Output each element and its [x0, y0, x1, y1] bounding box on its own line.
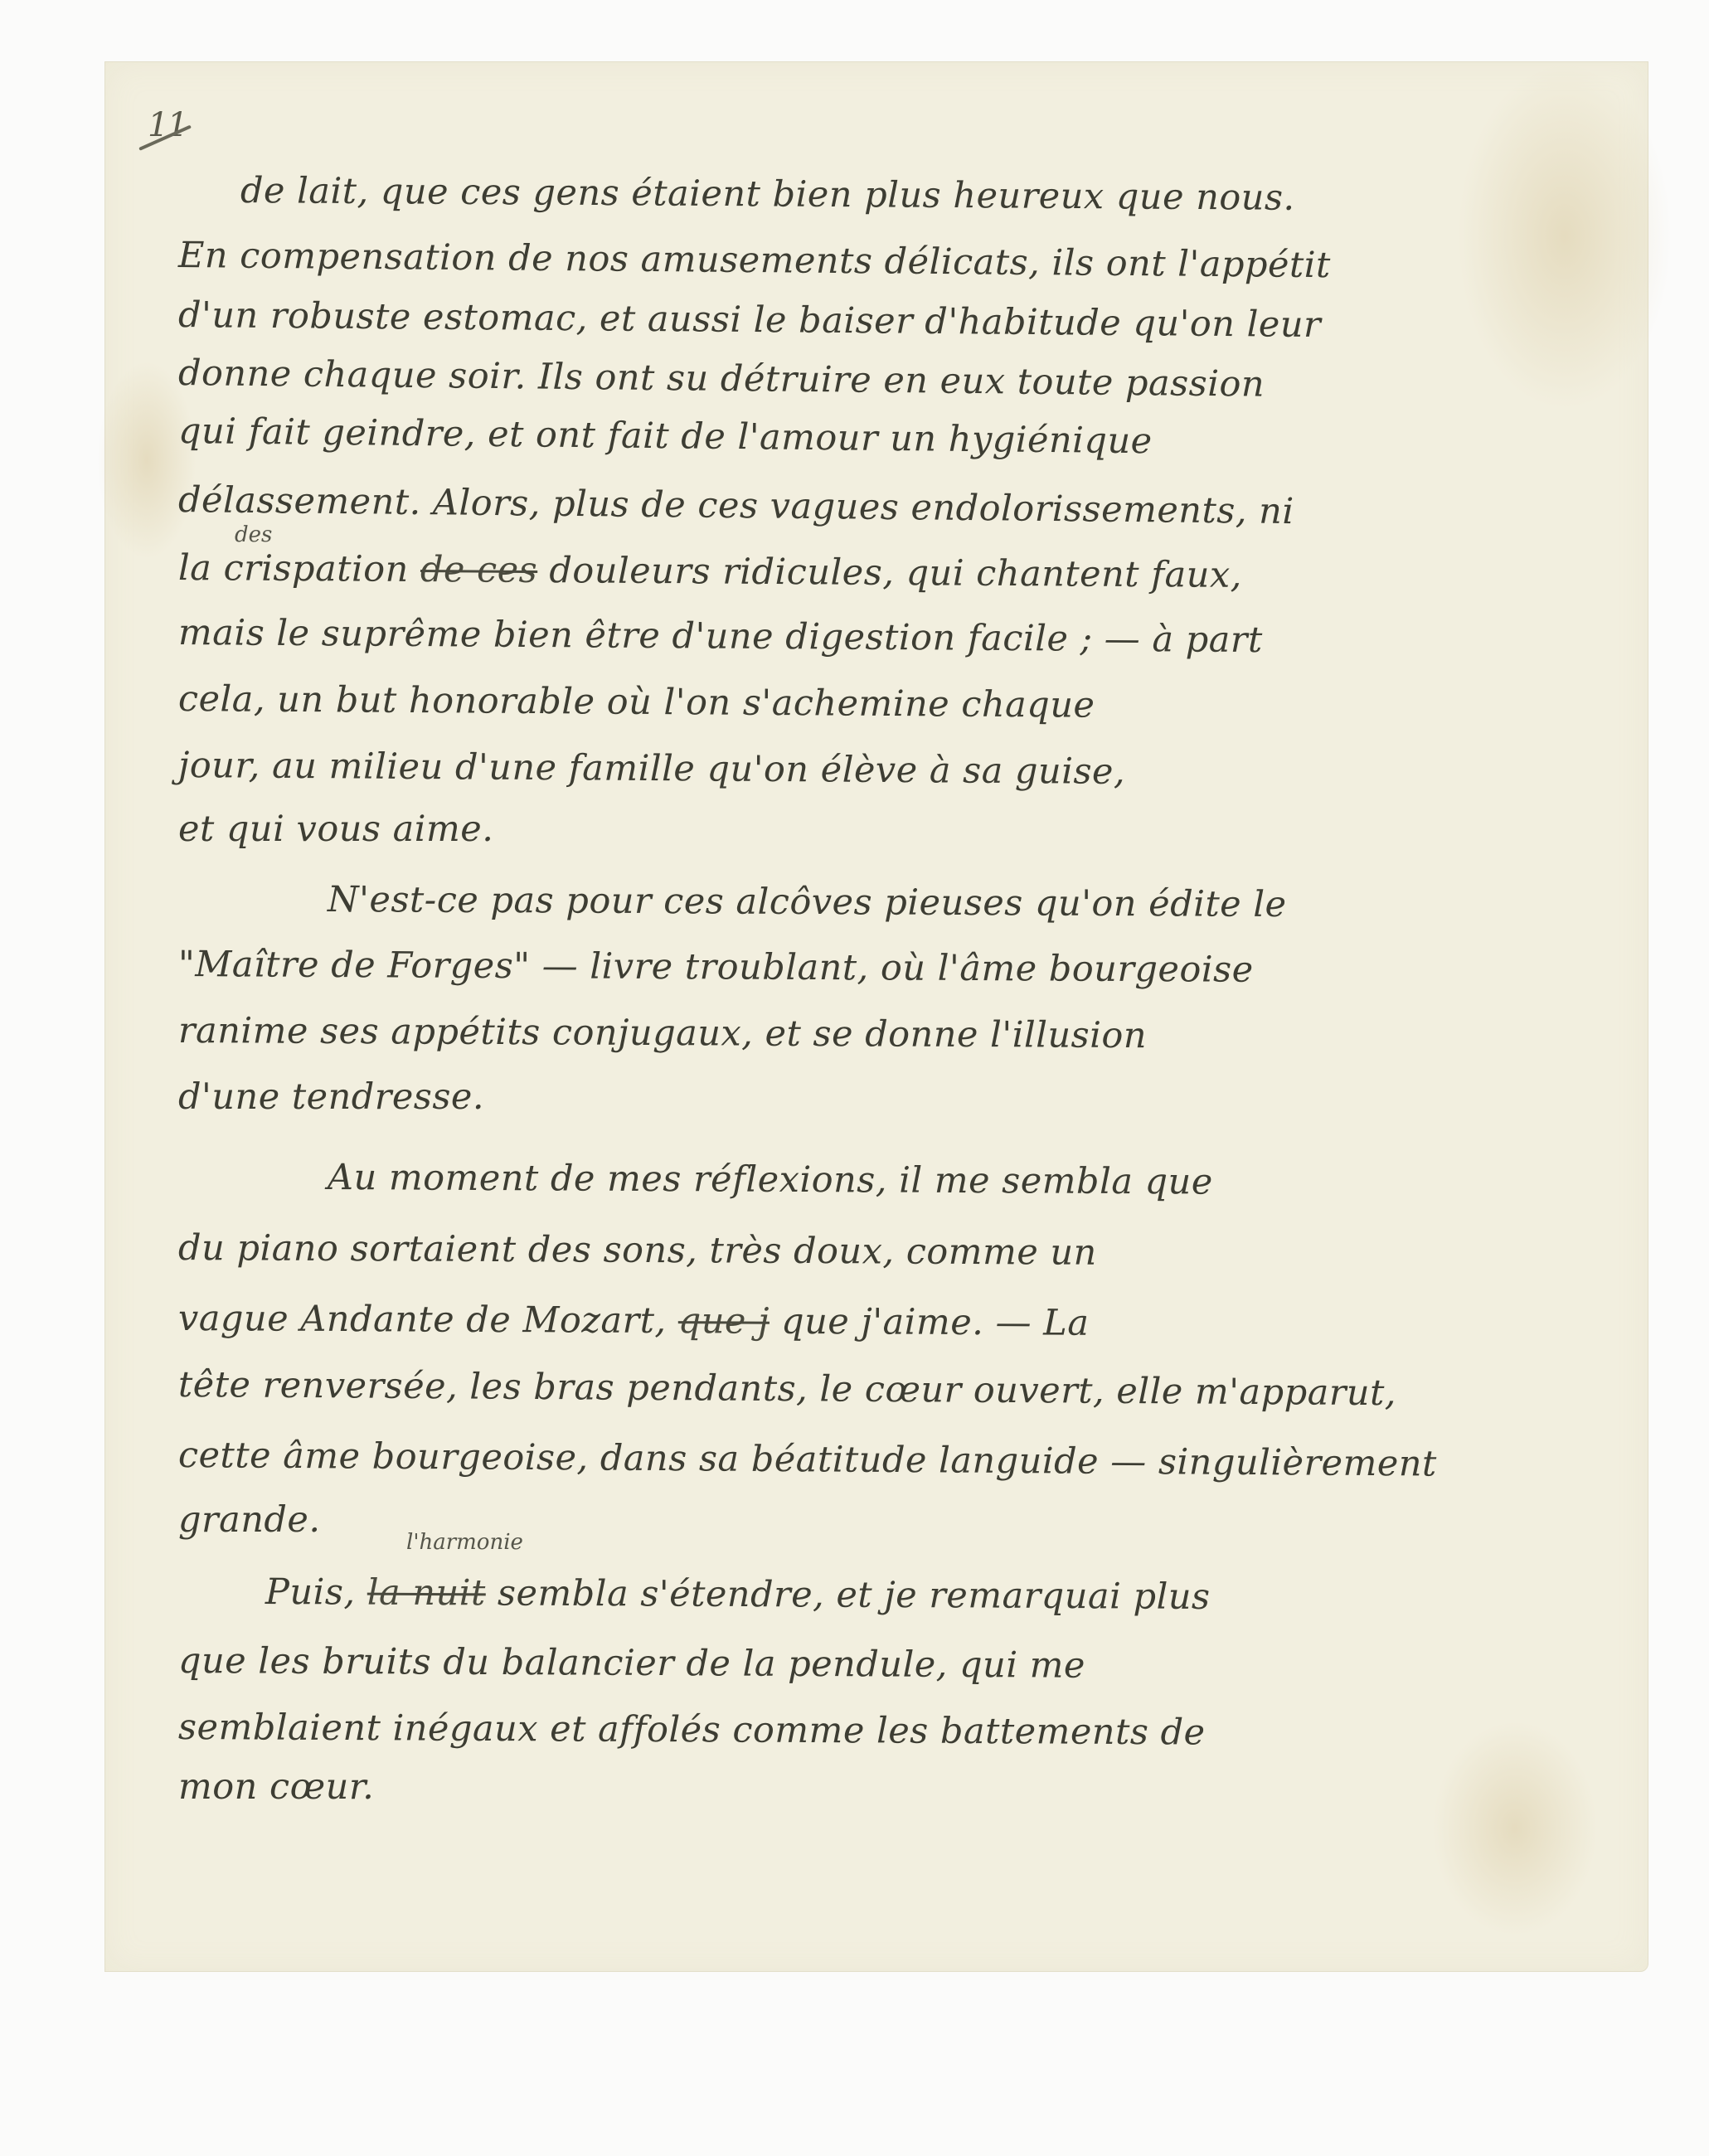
- interlinear-insertion: des: [235, 522, 272, 547]
- manuscript-line: que les bruits du balancier de la pendul…: [178, 1640, 1621, 1689]
- manuscript-line: d'une tendresse.: [178, 1076, 1621, 1118]
- manuscript-line: semblaient inégaux et affolés comme les …: [178, 1707, 1621, 1755]
- manuscript-line: grande.: [178, 1499, 1621, 1541]
- struck-text: que j: [678, 1300, 770, 1343]
- manuscript-line: Au moment de mes réflexions, il me sembl…: [328, 1157, 1709, 1206]
- manuscript-line: N'est-ce pas pour ces alcôves pieuses qu…: [328, 879, 1709, 928]
- paper-stain: [1457, 62, 1673, 410]
- line-text: vague Andante de Mozart,: [178, 1298, 678, 1342]
- manuscript-line: du piano sortaient des sons, très doux, …: [178, 1227, 1621, 1276]
- manuscript-line: "Maître de Forges" — livre troublant, où…: [178, 944, 1621, 993]
- struck-text: la nuit: [367, 1572, 486, 1615]
- manuscript-line: mon cœur.: [178, 1766, 1621, 1808]
- line-text: douleurs ridicules, qui chantent faux,: [537, 550, 1242, 596]
- struck-text: de ces: [420, 549, 538, 591]
- line-text: la crispation: [178, 547, 420, 590]
- interlinear-insertion: l'harmonie: [406, 1530, 523, 1555]
- line-text: que j'aime. — La: [770, 1301, 1090, 1344]
- manuscript-line-with-deletion: vague Andante de Mozart, que j que j'aim…: [178, 1298, 1621, 1347]
- manuscript-line: et qui vous aime.: [178, 808, 1621, 850]
- manuscript-line: ranime ses appétits conjugaux, et se don…: [178, 1010, 1621, 1059]
- line-text: Puis,: [265, 1571, 367, 1614]
- line-text: sembla s'étendre, et je remarquai plus: [486, 1572, 1211, 1618]
- manuscript-line-with-deletion: Puis, la nuit sembla s'étendre, et je re…: [265, 1571, 1708, 1620]
